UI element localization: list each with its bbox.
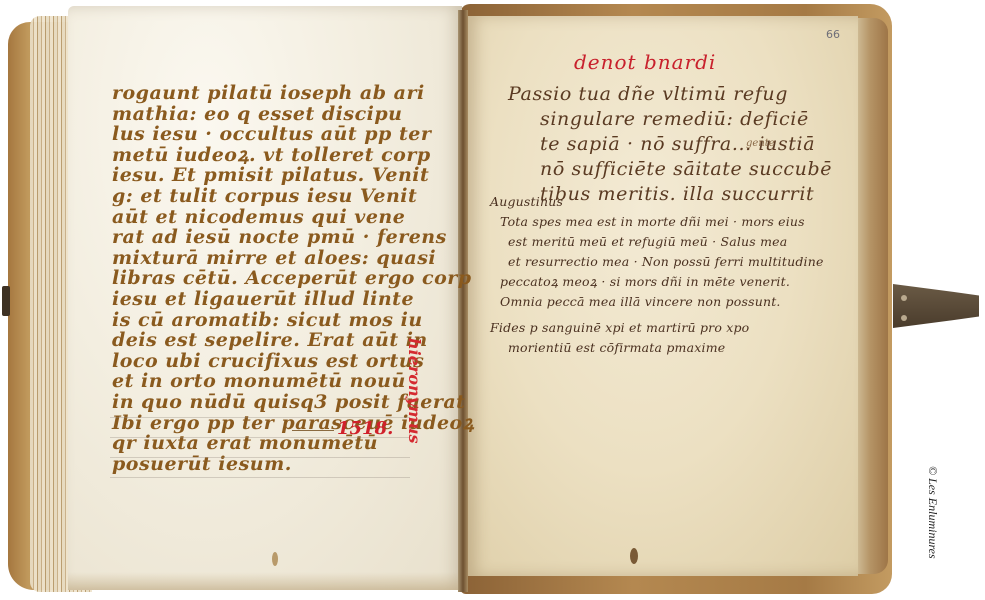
clasp-rivet xyxy=(901,315,907,321)
text-line: singulare remediū: deficiē xyxy=(508,107,832,132)
text-line: g: et tulit corpus iesu Venit xyxy=(112,186,474,207)
text-line: rogaunt pilatū ioseph ab ari xyxy=(112,83,474,104)
parchment-stain xyxy=(272,552,278,566)
text-line: Passio tua dñe vltimū refug xyxy=(508,82,832,107)
text-line: iesu. Et pmisit pilatus. Venit xyxy=(112,165,474,186)
text-line: nō sufficiēte sāitate succubē xyxy=(508,157,832,182)
rubric-heading: denot bnardi xyxy=(574,50,716,74)
interlinear-gloss: gente xyxy=(746,138,775,149)
parchment-stain xyxy=(630,548,638,564)
copyright-credit: © Les Enluminures xyxy=(925,466,940,559)
text-line: mathia: eo q esset discipu xyxy=(112,104,474,125)
text-line: Augustinus xyxy=(490,192,824,212)
text-line: te sapiā · nō suffra... iustiā xyxy=(508,132,832,157)
right-page-edges xyxy=(858,18,888,574)
text-line: is cū aromatib: sicut mos iu xyxy=(112,310,474,331)
text-line: aūt et nicodemus qui vene xyxy=(112,207,474,228)
text-line: iesu et ligauerūt illud linte xyxy=(112,289,474,310)
text-line: Tota spes mea est in morte dñi mei · mor… xyxy=(490,212,824,232)
text-line: metū iudeoꝝ. vt tolleret corp xyxy=(112,145,474,166)
text-line: rat ad iesū nocte pmū · ferens xyxy=(112,227,474,248)
text-line: Fides p sanguinē xpi et martirū pro xpo xyxy=(490,318,824,338)
text-line: est meritū meū et refugiū meū · Salus me… xyxy=(490,232,824,252)
line-filler xyxy=(292,430,334,431)
manuscript-photo: rogaunt pilatū ioseph ab ari mathia: eo … xyxy=(0,0,985,600)
right-page-main-text: Passio tua dñe vltimū refug singulare re… xyxy=(508,82,832,207)
right-page-addition-text: Augustinus Tota spes mea est in morte dñ… xyxy=(490,192,824,358)
text-line: peccatoꝝ meoꝝ · si mors dñi in mēte vene… xyxy=(490,272,824,292)
left-clasp-catch xyxy=(2,286,10,316)
text-line: libras cētū. Acceperūt ergo corp xyxy=(112,268,474,289)
text-line: mixturā mirre et aloes: quasi xyxy=(112,248,474,269)
margin-note: hieronymus xyxy=(405,338,424,444)
metal-clasp xyxy=(893,284,979,328)
text-line: Omnia peccā mea illā vincere non possunt… xyxy=(490,292,824,312)
rubric-number: 1518. xyxy=(337,418,393,439)
clasp-rivet xyxy=(901,295,907,301)
folio-number: 66 xyxy=(826,28,840,41)
text-line: et resurrectio mea · Non possū ferri mul… xyxy=(490,252,824,272)
text-line: morientiū est cōfirmata pmaxime xyxy=(490,338,824,358)
text-line: lus iesu · occultus aūt pp ter xyxy=(112,124,474,145)
